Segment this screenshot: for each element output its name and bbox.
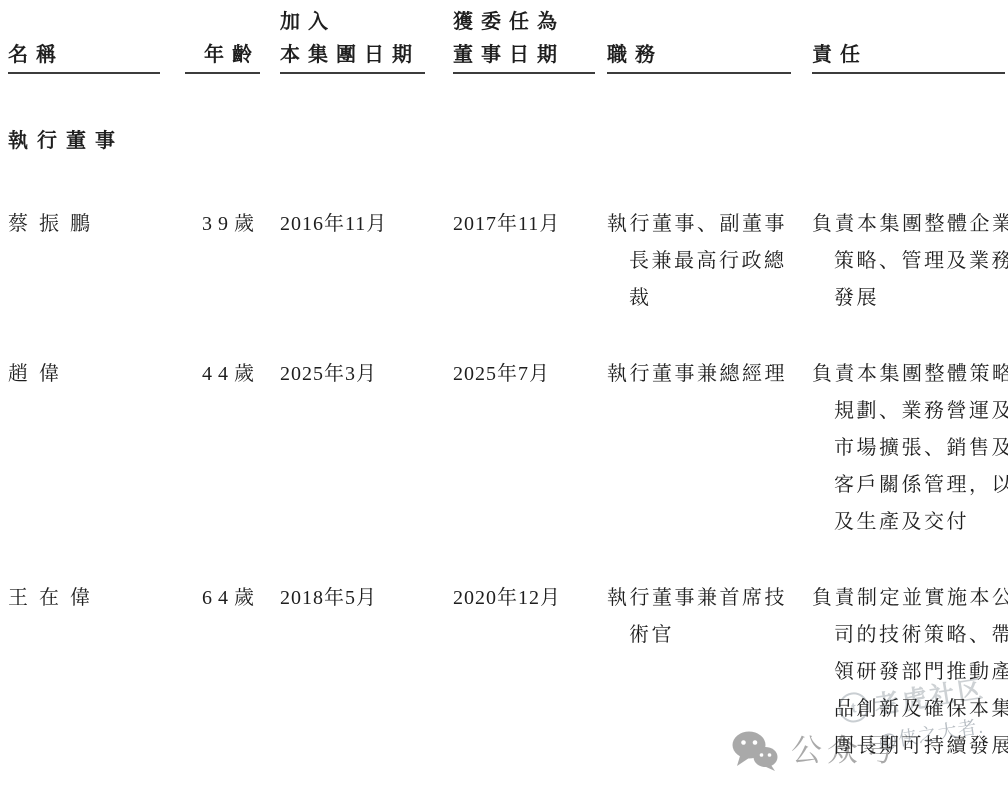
prospectus-page: 公众号 t 老虎社区 @侠之大者. 名稱 年齡 加入 本集團日期 獲委任為 董事… [0,0,1008,787]
column-header-position: 職務 [607,0,791,74]
director-name: 蔡振鵬 [8,206,160,243]
director-duty: 負責本集團整體企業 策略、管理及業務 發展 [812,206,1008,317]
column-header-appointed-date: 獲委任為 董事日期 [453,0,595,74]
director-duty: 負責本集團整體策略 規劃、業務營運及 市場擴張、銷售及 客戶關係管理，以 及生產… [812,356,1008,541]
column-header-name-line2: 名稱 [8,39,160,72]
director-age: 39歲 [185,206,260,243]
director-join-date: 2018年5月 [280,580,425,617]
director-position: 執行董事、副董事 長兼最高行政總 裁 [607,206,813,317]
director-appointed-date: 2020年12月 [453,580,595,617]
column-header-appointed-date-line2: 董事日期 [453,39,595,72]
column-header-position-line2: 職務 [607,39,791,72]
column-header-appointed-date-line1: 獲委任為 [453,6,595,39]
column-header-join-date-line2: 本集團日期 [280,39,425,72]
director-name: 王在偉 [8,580,160,617]
director-name: 趙偉 [8,356,160,393]
director-age: 64歲 [185,580,260,617]
column-header-name: 名稱 [8,0,160,74]
wechat-icon [731,730,779,772]
section-header-executive-directors: 執行董事 [8,128,124,154]
director-appointed-date: 2025年7月 [453,356,595,393]
column-header-join-date-line1: 加入 [280,6,425,39]
column-header-age: 年齡 [185,0,260,74]
director-position: 執行董事兼首席技 術官 [607,580,813,654]
director-age: 44歲 [185,356,260,393]
director-position: 執行董事兼總經理 [607,356,813,393]
column-header-duty-line2: 責任 [812,39,1005,72]
director-join-date: 2025年3月 [280,356,425,393]
director-appointed-date: 2017年11月 [453,206,595,243]
column-header-duty: 責任 [812,0,1005,74]
column-header-age-line2: 年齡 [185,39,260,72]
director-join-date: 2016年11月 [280,206,425,243]
director-duty: 負責制定並實施本公 司的技術策略、帶 領研發部門推動產 品創新及確保本集 團長期… [812,580,1008,765]
column-header-join-date: 加入 本集團日期 [280,0,425,74]
